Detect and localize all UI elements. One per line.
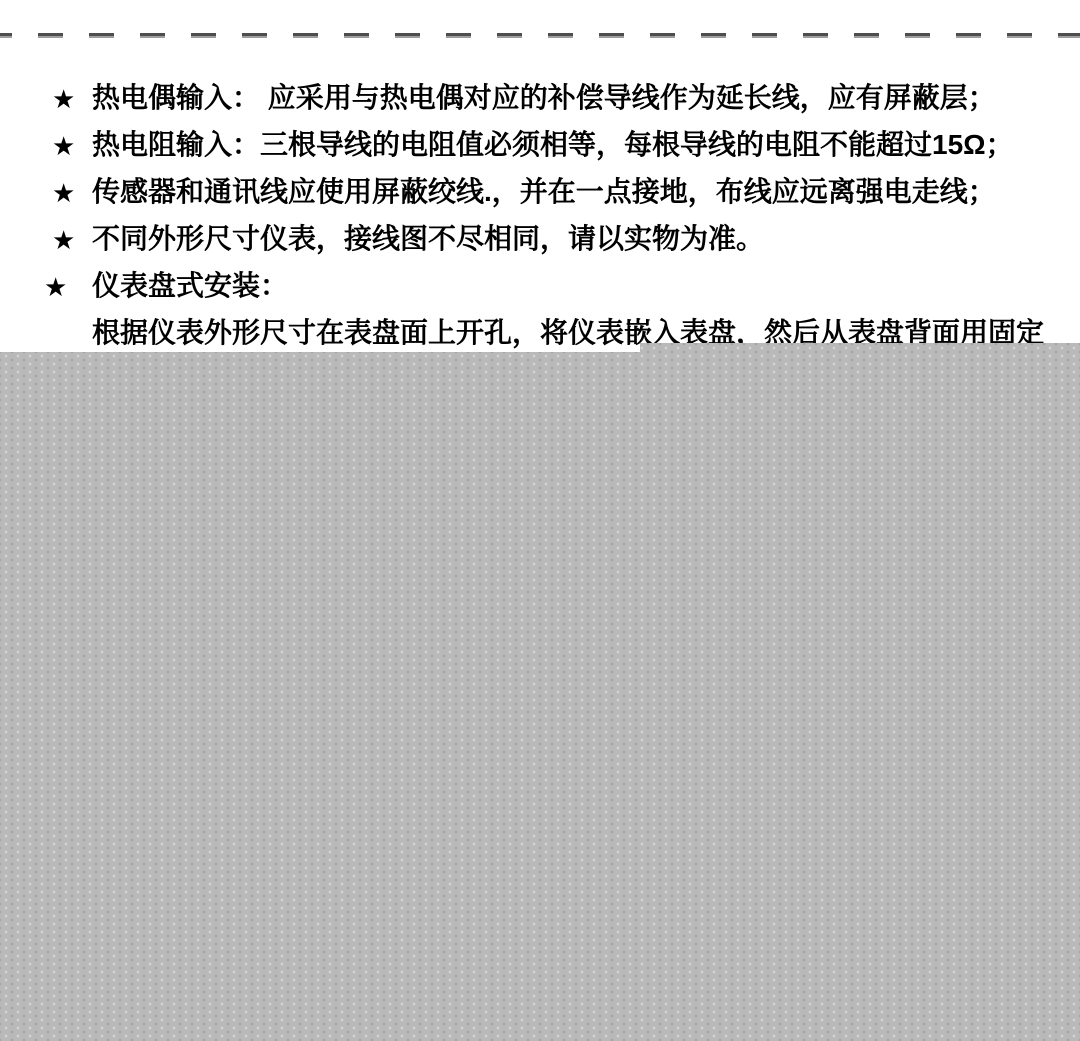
note-text: 热电偶输入： 应采用与热电偶对应的补偿导线作为延长线，应有屏蔽层； [92, 83, 996, 113]
note-line-thermocouple-input: ★ 热电偶输入： 应采用与热电偶对应的补偿导线作为延长线，应有屏蔽层； [0, 83, 1080, 113]
star-bullet-icon: ★ [52, 131, 75, 161]
star-bullet-icon: ★ [52, 178, 75, 208]
star-bullet-icon: ★ [44, 272, 67, 302]
note-text: 传感器和通讯线应使用屏蔽绞线.，并在一点接地，布线应远离强电走线； [92, 177, 996, 207]
star-bullet-icon: ★ [52, 84, 75, 114]
note-line-rtd-input: ★ 热电阻输入：三根导线的电阻值必须相等，每根导线的电阻不能超过15Ω； [0, 130, 1080, 160]
note-text: 不同外形尺寸仪表，接线图不尽相同，请以实物为准。 [92, 224, 764, 254]
note-text: 热电阻输入：三根导线的电阻值必须相等，每根导线的电阻不能超过15Ω； [92, 130, 1014, 160]
manual-page: ★ 热电偶输入： 应采用与热电偶对应的补偿导线作为延长线，应有屏蔽层； ★ 热电… [0, 0, 1080, 1041]
page-break-divider [0, 33, 1080, 38]
divider-dash-light [0, 36, 1080, 38]
star-bullet-icon: ★ [52, 225, 75, 255]
note-text: 仪表盘式安装： [92, 271, 288, 301]
note-line-shielded-wiring: ★ 传感器和通讯线应使用屏蔽绞线.，并在一点接地，布线应远离强电走线； [0, 177, 1080, 207]
note-line-panel-mount-heading: ★ 仪表盘式安装： [0, 271, 1080, 301]
note-line-wiring-diagram-disclaimer: ★ 不同外形尺寸仪表，接线图不尽相同，请以实物为准。 [0, 224, 1080, 254]
